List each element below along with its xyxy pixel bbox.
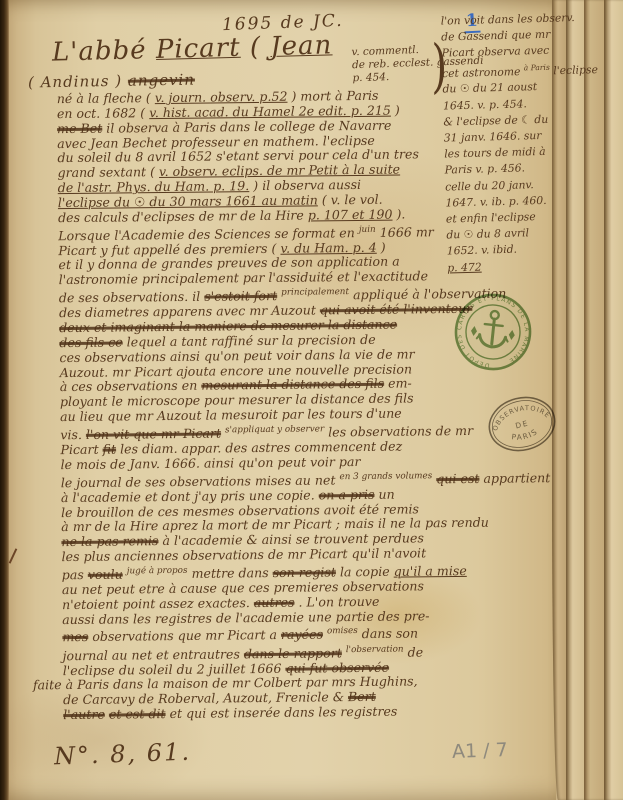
manuscript-scan: 1695 de JC. 1 L'abbé Picart ( Jean v. co… [0,0,623,800]
page-edge [584,0,605,800]
margin-notes: l'on voit dans les observ.de Gassendi qu… [441,11,564,277]
page-edge [566,0,585,800]
binding-edge [0,0,9,800]
body-text: né à la fleche ( v. journ. observ. p.52 … [57,88,466,723]
manuscript-line: ( Andinus ) angevin [28,71,195,92]
manuscript-line: p. 472 [447,257,563,276]
pencil-mark: A1 / 7 [452,739,508,763]
shelfmark: N°. 8, 61. [54,738,192,771]
svg-text:PARIS: PARIS [509,426,541,444]
manuscript-line: 1647. v. ib. p. 460. [445,192,561,211]
observatory-stamp-bottom-text: PARIS [509,426,541,444]
manuscript-line: & l'eclipse de ☾ du [443,111,559,130]
marine-depot-stamp: DEPOT DES CARTES ET PLANS DE LA MARINE [449,286,537,378]
page-edge [604,0,623,800]
manuscript-line: cet astronome à Paris l'eclipse [442,59,558,82]
alias-line: ( Andinus ) angevin [28,71,195,92]
observatory-stamp-mid-text: DE [514,418,529,430]
